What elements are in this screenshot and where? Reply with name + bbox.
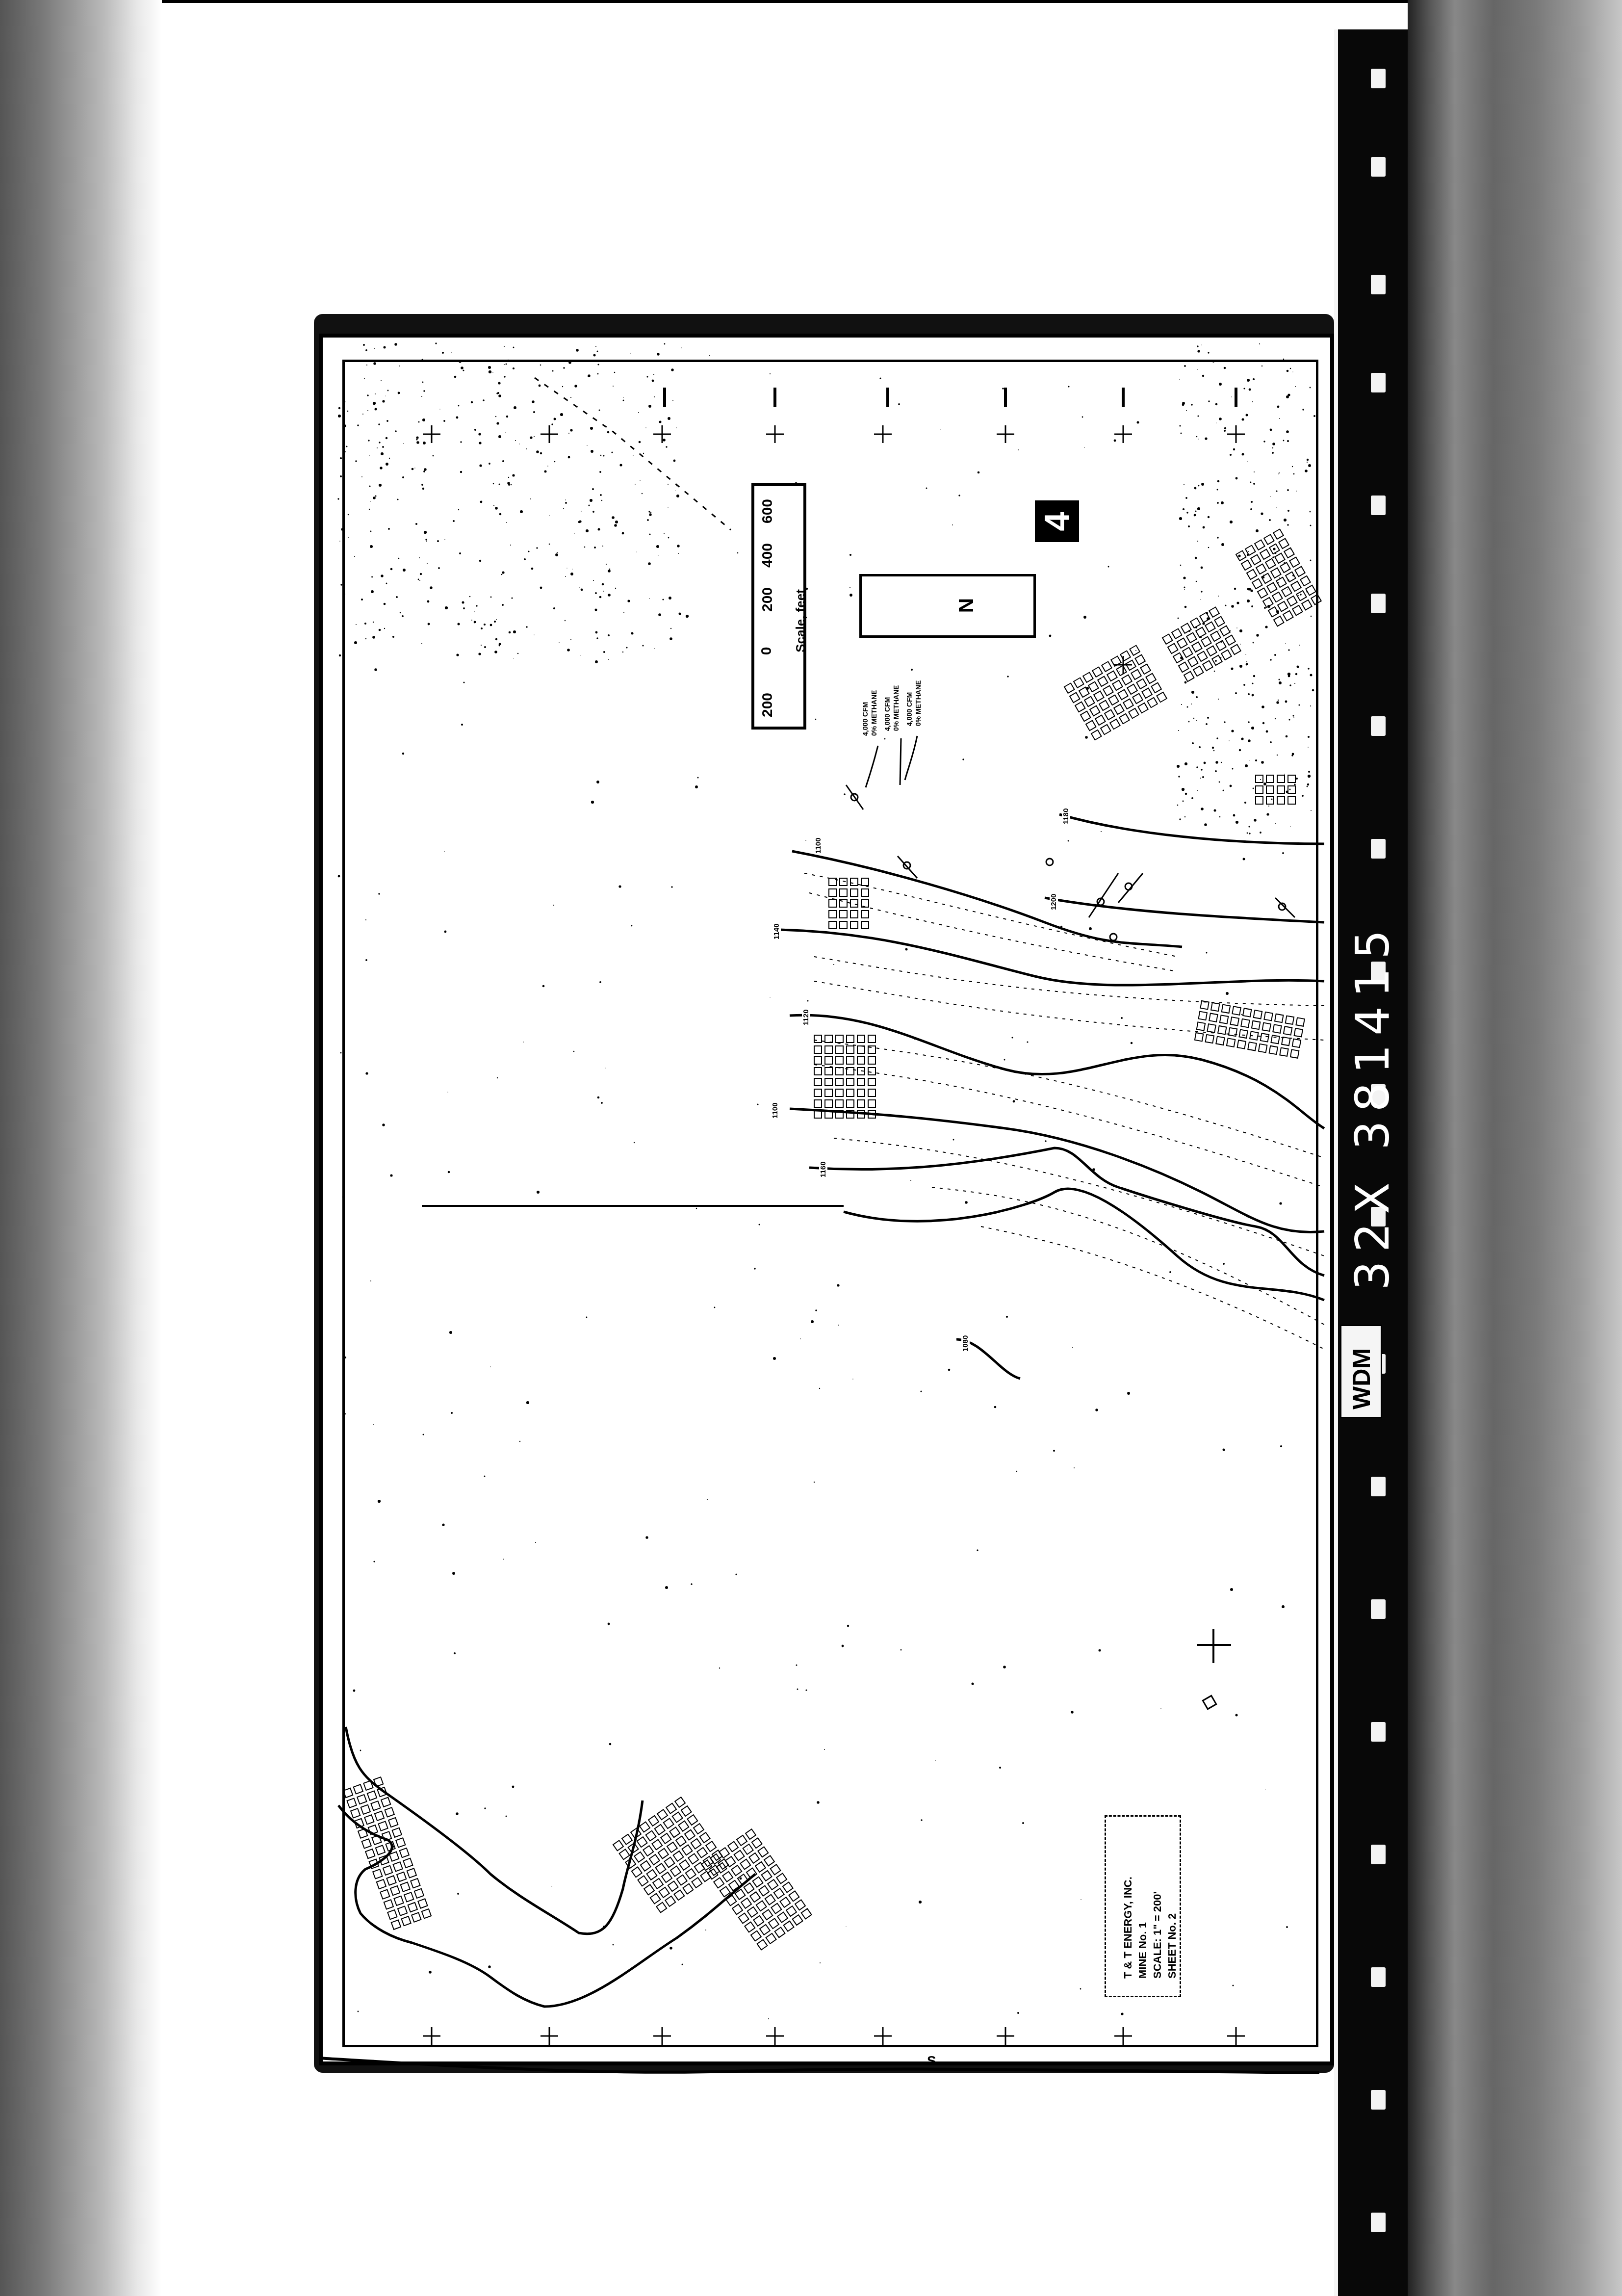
scale-tick-label: 0 [758, 647, 775, 655]
annotation-line: 0% METHANE [870, 690, 878, 736]
contour-label: 1080 [961, 1335, 970, 1352]
scale-tick-label: 600 [759, 499, 776, 523]
well-annotation: 4,000 CFM 0% METHANE [905, 680, 923, 726]
annotation-line: 4,000 CFM [883, 685, 892, 731]
microfilm-page: 32X 381415 WDM [0, 0, 1622, 2296]
north-arrow-box [859, 574, 1036, 638]
title-line-company: T & T ENERGY, INC. [1121, 1877, 1135, 1979]
page-mark: S [927, 2053, 936, 2069]
title-block-text: T & T ENERGY, INC. MINE No. 1 SCALE: 1" … [1121, 1877, 1180, 1979]
title-block: T & T ENERGY, INC. MINE No. 1 SCALE: 1" … [1105, 1815, 1181, 1997]
well-annotation: 4,000 CFM 0% METHANE [883, 685, 901, 731]
contour-label: 1100 [814, 837, 823, 854]
well-annotation: 4,000 CFM 0% METHANE [861, 690, 878, 736]
scale-tick-label: 200 [759, 693, 776, 717]
scale-tick-label: 200 [759, 587, 776, 612]
contour-label: 1120 [802, 1009, 810, 1025]
contour-label: 1160 [819, 1161, 827, 1177]
scale-tick-label: 400 [759, 543, 776, 568]
scale-bar-title: Scale, feet [793, 589, 808, 652]
contour-label: 1140 [772, 923, 781, 939]
north-arrow-label: N [954, 598, 978, 613]
title-line-scale: SCALE: 1" = 200' [1150, 1877, 1165, 1979]
annotation-line: 4,000 CFM [861, 690, 870, 736]
contour-label: 1180 [1062, 808, 1070, 824]
title-line-mine: MINE No. 1 [1135, 1877, 1150, 1979]
annotation-line: 0% METHANE [914, 680, 923, 726]
contour-label: 1200 [1050, 894, 1058, 910]
map-drawing [0, 0, 1622, 2296]
sheet-marker-badge: 4 [1035, 500, 1079, 542]
annotation-line: 4,000 CFM [905, 680, 914, 726]
sheet-marker: 4 [1037, 512, 1077, 531]
annotation-line: 0% METHANE [892, 685, 901, 731]
contour-label: 1100 [771, 1102, 779, 1119]
title-line-sheet: SHEET No. 2 [1165, 1877, 1180, 1979]
